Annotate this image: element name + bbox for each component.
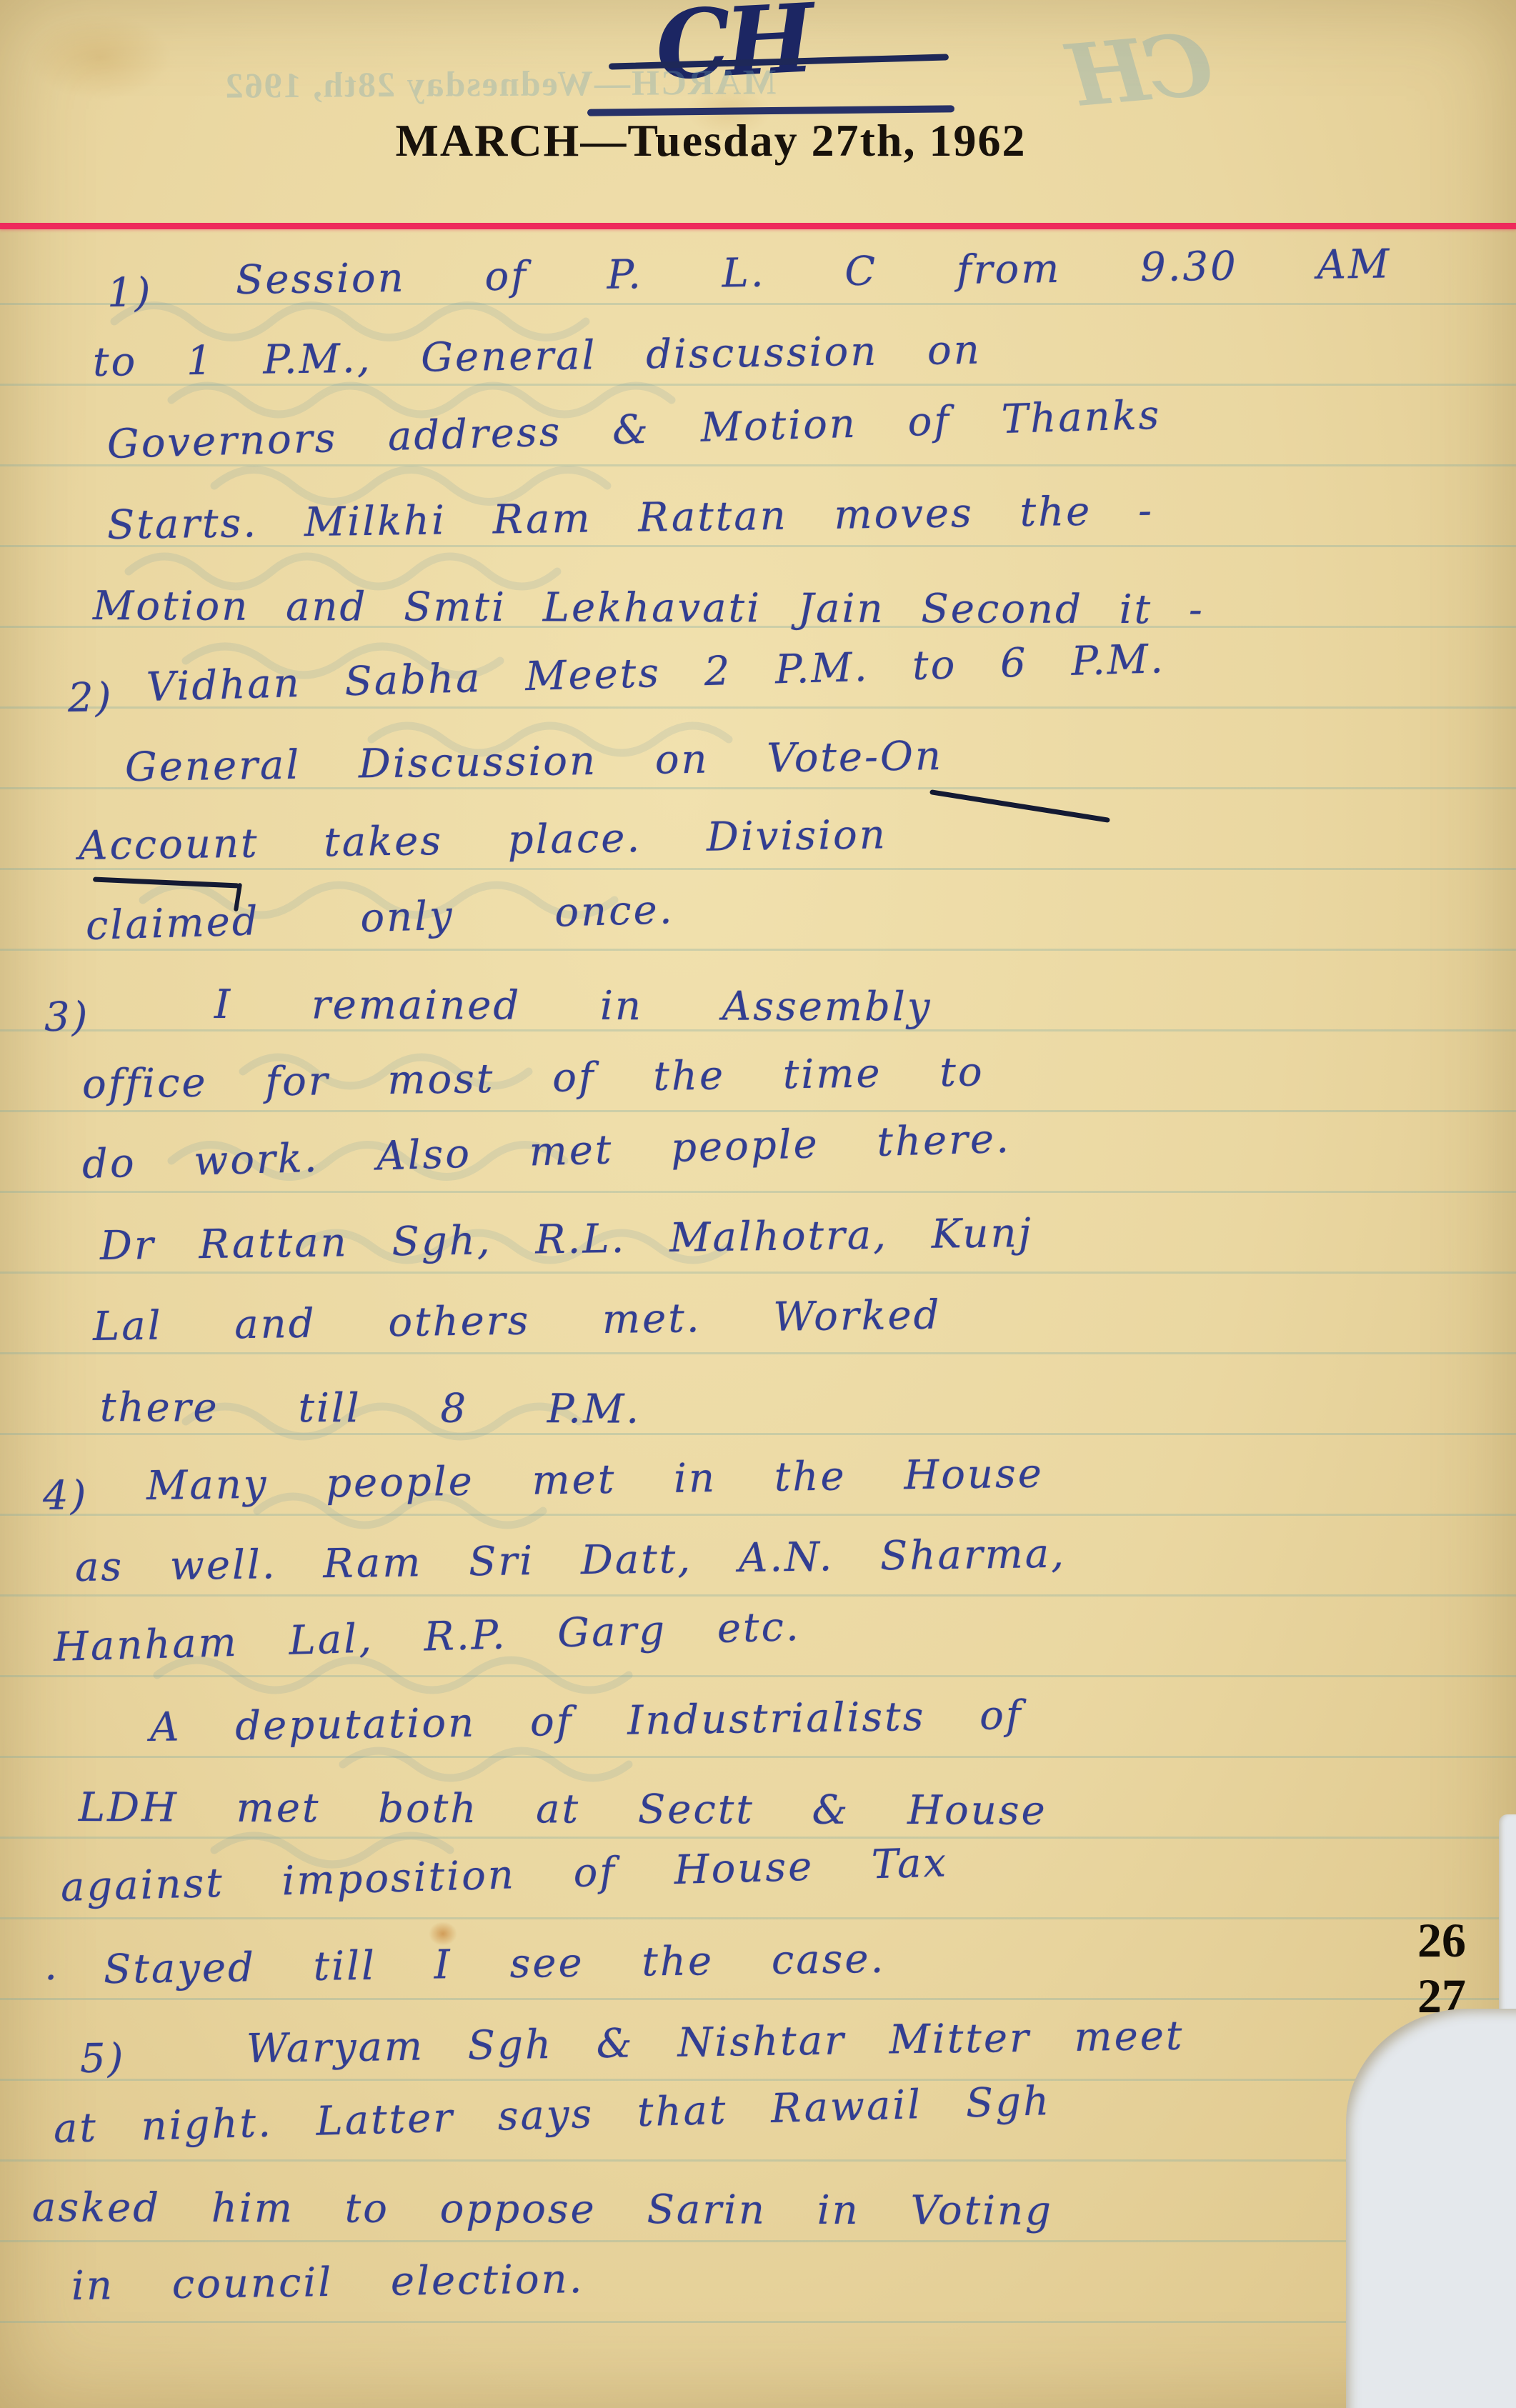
diary-line: in council election.: [71, 2256, 584, 2309]
entry-marker: 5): [80, 2035, 126, 2082]
entry-marker: 2): [68, 674, 114, 721]
under-page-corner: [1346, 2009, 1516, 2408]
entry-marker: 1): [107, 269, 153, 316]
entry-marker: .: [44, 1943, 60, 1989]
header-rule: [0, 223, 1516, 229]
diary-line: asked him to oppose Sarin in Voting: [32, 2184, 1053, 2234]
diary-line: LDH met both at Sectt & House: [79, 1784, 1047, 1834]
ghost-stroke: [129, 556, 557, 586]
ghost-stroke: [343, 1751, 629, 1778]
diary-line: Motion and Smti Lekhavati Jain Second it…: [93, 583, 1205, 633]
ghost-date: MARCH—Wednesday 28th, 1962: [107, 60, 893, 107]
diary-line: there till 8 P.M.: [100, 1384, 641, 1433]
entry-marker: 4): [43, 1472, 89, 1519]
printed-date-header: MARCH—Tuesday 27th, 1962: [0, 114, 1469, 167]
entry-marker: 3): [44, 994, 90, 1041]
diary-line: I remained in Assembly: [214, 981, 932, 1031]
under-page-edge: [1499, 1814, 1516, 2029]
diary-page: CH CH MARCH—Wednesday 28th, 1962 MARCH—T…: [0, 0, 1516, 2408]
ghost-monogram: CH: [1067, 14, 1216, 127]
page-number: 26: [1380, 1916, 1466, 1964]
